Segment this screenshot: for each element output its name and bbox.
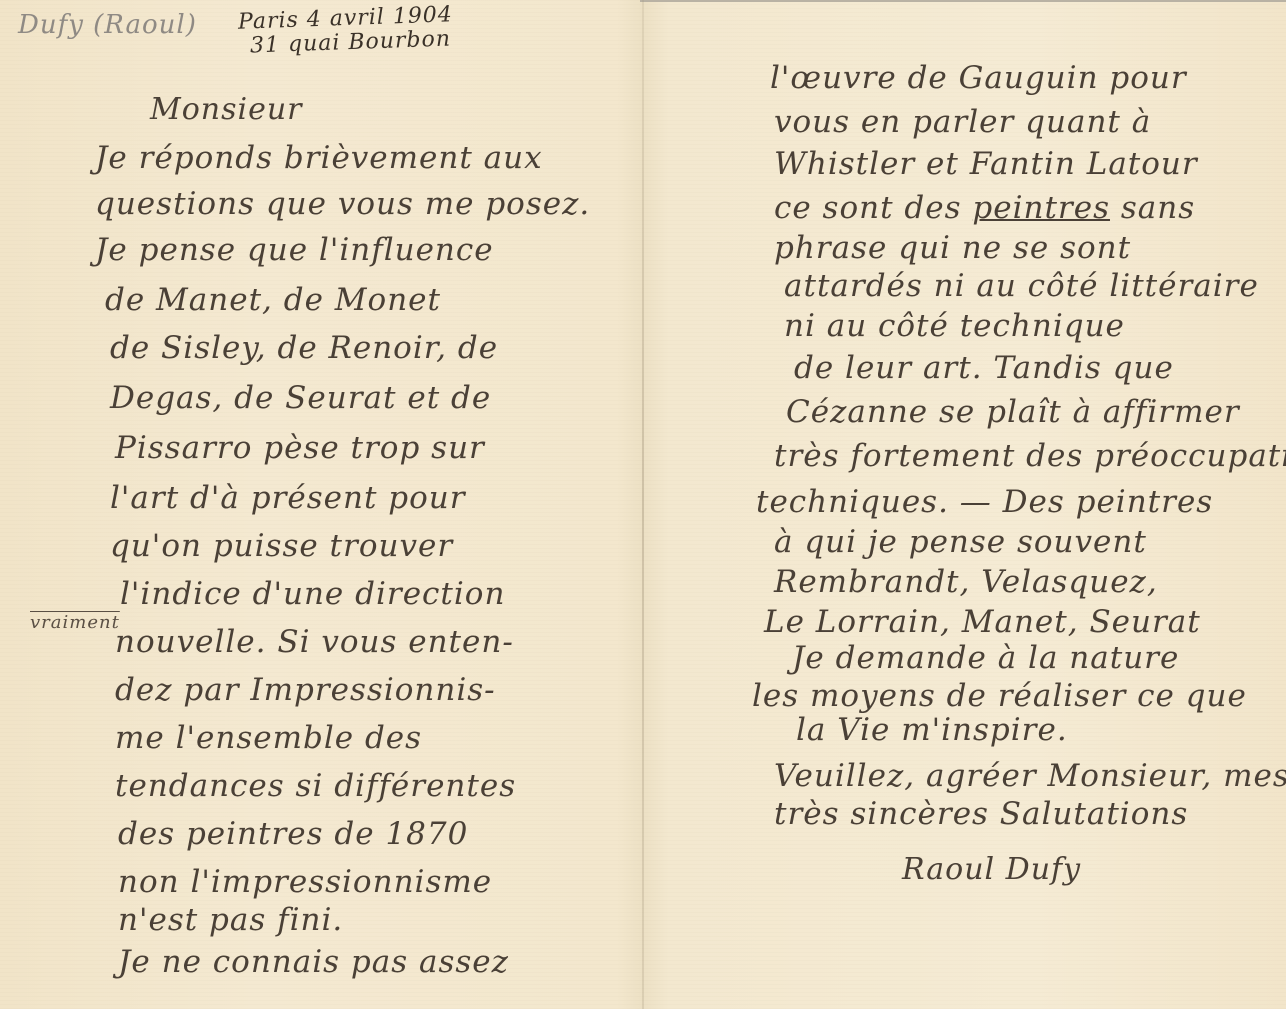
letter-line: ce sont des peintres sans: [774, 190, 1195, 226]
left-page: Dufy (Raoul) Paris 4 avril 1904 31 quai …: [0, 0, 640, 1009]
letter-line: n'est pas fini.: [118, 902, 343, 938]
letter-line: non l'impressionnisme: [118, 864, 492, 900]
letter-line: l'œuvre de Gauguin pour: [770, 60, 1187, 96]
letter-line: de Sisley, de Renoir, de: [110, 330, 498, 366]
letter-line: à qui je pense souvent: [774, 524, 1147, 560]
letter-line: questions que vous me posez.: [95, 186, 590, 222]
line-text: ce sont des peintres sans: [774, 190, 1195, 226]
letter-line: de Manet, de Monet: [105, 282, 441, 318]
letter-line: des peintres de 1870: [118, 816, 468, 852]
signature: Raoul Dufy: [902, 852, 1081, 887]
letter-line: l'indice d'une direction: [120, 576, 505, 612]
letter-line: nouvelle. Si vous enten-: [115, 624, 514, 660]
letter-line: Le Lorrain, Manet, Seurat: [764, 604, 1201, 640]
letter-line: Whistler et Fantin Latour: [774, 146, 1198, 182]
letter-line: Cézanne se plaît à affirmer: [786, 394, 1240, 430]
archival-note: Dufy (Raoul): [18, 10, 197, 40]
letter-line: tendances si différentes: [115, 768, 516, 804]
salutation: Monsieur: [150, 92, 303, 127]
right-page: l'œuvre de Gauguin pour vous en parler q…: [644, 0, 1286, 1009]
letter-line: l'art d'à présent pour: [110, 480, 466, 516]
letter-line: Je demande à la nature: [792, 640, 1179, 676]
letter-line: Degas, de Seurat et de: [110, 380, 491, 416]
letter-line: ni au côté technique: [784, 308, 1125, 344]
letter-line: la Vie m'inspire.: [796, 712, 1068, 748]
letter-line: Je pense que l'influence: [95, 232, 494, 268]
margin-insertion: vraiment: [30, 612, 120, 633]
letter-line: qu'on puisse trouver: [110, 528, 453, 564]
letter-line: très sincères Salutations: [774, 796, 1188, 832]
letter-line: Je ne connais pas assez: [118, 944, 509, 980]
underlined-word: peintres: [972, 190, 1110, 226]
letter-line: Veuillez, agréer Monsieur, mes: [774, 758, 1286, 794]
letter-line: vous en parler quant à: [774, 104, 1151, 140]
letter-line: très fortement des préoccupations: [774, 438, 1286, 474]
letter-line: les moyens de réaliser ce que: [752, 678, 1247, 714]
letter-line: techniques. — Des peintres: [756, 484, 1213, 520]
letter-line: de leur art. Tandis que: [794, 350, 1174, 386]
letter-line: me l'ensemble des: [115, 720, 422, 756]
letter-line: attardés ni au côté littéraire: [784, 268, 1259, 304]
letter-line: Pissarro pèse trop sur: [115, 430, 485, 466]
letter-line: Je réponds brièvement aux: [95, 140, 543, 176]
letter-line: Rembrandt, Velasquez,: [774, 564, 1158, 600]
letter-line: dez par Impressionnis-: [115, 672, 496, 708]
letter-line: phrase qui ne se sont: [774, 230, 1131, 266]
